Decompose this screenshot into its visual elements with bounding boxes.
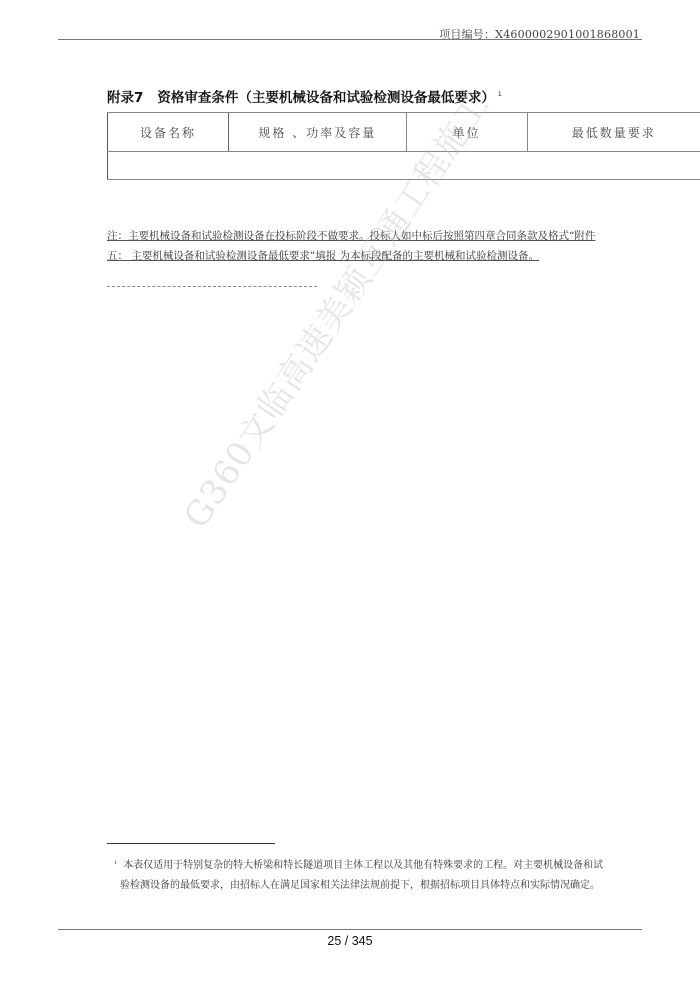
footnote: 1本表仅适用于特别复杂的特大桥梁和特长隧道项目主体工程以及其他有特殊要求的工程。…: [107, 853, 607, 896]
section-title: 附录7资格审查条件（主要机械设备和试验检测设备最低要求）1: [107, 86, 502, 106]
appendix-title: 资格审查条件（主要机械设备和试验检测设备最低要求）: [157, 90, 495, 106]
page-number: 25 / 345: [0, 934, 700, 948]
note-text: 注：主要机械设备和试验检测设备在投标阶段不做要求。投标人如中标后按照第四章合同条…: [107, 226, 607, 266]
footnote-rule: [107, 843, 275, 844]
equipment-requirements-table: 设备名称 规格 、功率及容量 单位 最低数量要求: [107, 112, 700, 180]
appendix-number: 附录7: [107, 90, 143, 106]
footnote-marker: 1: [114, 860, 117, 866]
footnote-ref: 1: [498, 91, 502, 98]
column-header-equipment-name: 设备名称: [108, 113, 229, 152]
table-header-row: 设备名称 规格 、功率及容量 单位 最低数量要求: [108, 113, 700, 152]
column-header-spec: 规格 、功率及容量: [228, 113, 406, 152]
dashed-separator: [107, 286, 317, 287]
column-header-unit: 单位: [406, 113, 527, 152]
column-header-min-quantity: 最低数量要求: [527, 113, 700, 152]
footer-rule: [58, 929, 642, 930]
footnote-text: 本表仅适用于特别复杂的特大桥梁和特长隧道项目主体工程以及其他有特殊要求的工程。对…: [120, 860, 603, 891]
header-rule: [58, 39, 642, 40]
table-empty-cell: [108, 152, 700, 180]
table-row: [108, 152, 700, 180]
